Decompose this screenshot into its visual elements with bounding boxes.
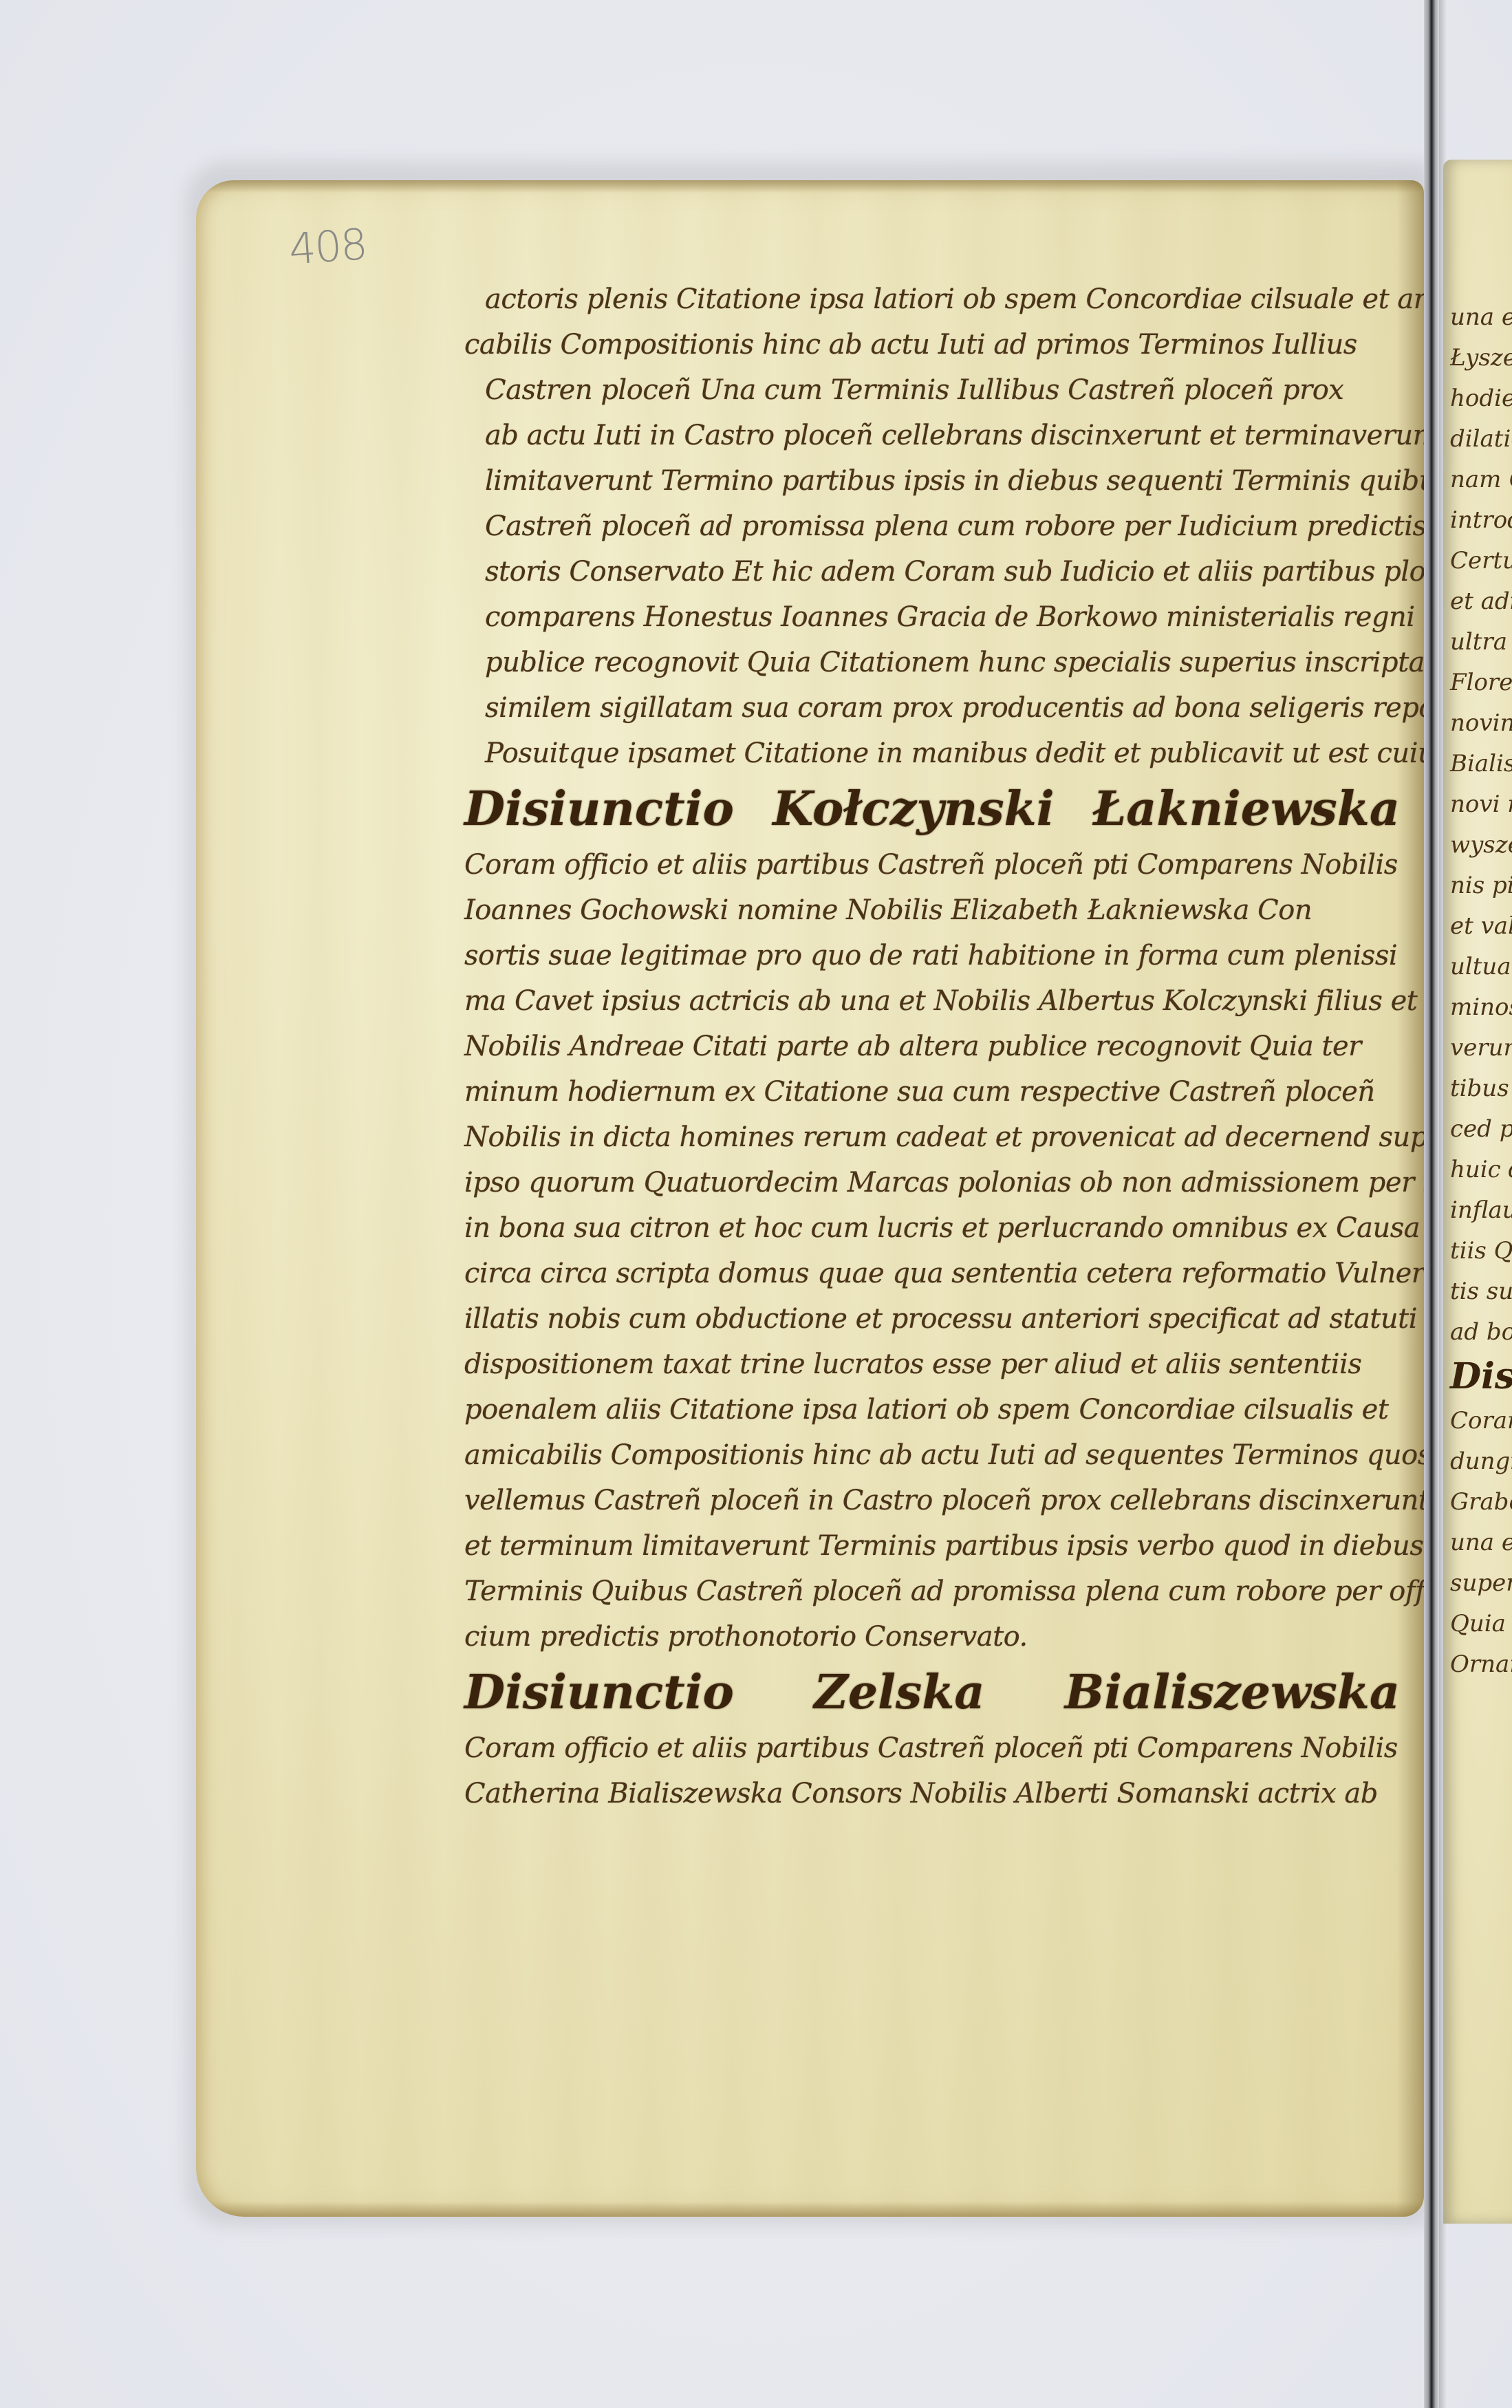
text-line: Ornam qu: [1450, 1644, 1512, 1685]
text-line: ced plen: [1450, 1109, 1512, 1150]
text-line: inflaub D: [1450, 1190, 1512, 1231]
text-line: novi na: [1450, 784, 1512, 825]
text-line: cabilis Compositionis hinc ab actu Iuti …: [464, 322, 1400, 367]
text-line: Bialiszew: [1450, 744, 1512, 784]
text-line: nam Que: [1450, 460, 1512, 500]
text-line: Florent pol: [1450, 663, 1512, 703]
text-line: introd et: [1450, 500, 1512, 541]
section-heading-1: Disiunctio Kołczynski Łakniewska: [464, 776, 1400, 842]
text-line: et terminum limitaverunt Terminis partib…: [464, 1523, 1400, 1569]
text-line: una et N: [1450, 297, 1512, 338]
text-line: cium predictis prothonotorio Conservato.: [464, 1614, 1400, 1659]
heading-word: Disiunctio: [464, 1659, 734, 1726]
text-line: storis Conservato Et hic adem Coram sub …: [485, 549, 1400, 594]
text-line: tibus ipsis: [1450, 1068, 1512, 1109]
text-line: Nobilis in dicta homines rerum cadeat et…: [464, 1115, 1400, 1160]
text-line: Łyszewski: [1450, 338, 1512, 378]
text-line: Terminis Quibus Castreñ ploceñ ad promis…: [464, 1569, 1400, 1614]
text-line: Castren ploceñ Una cum Terminis Iullibus…: [485, 367, 1400, 413]
text-line: circa circa scripta domus quae qua sente…: [464, 1251, 1400, 1296]
text-line: verunt d: [1450, 1028, 1512, 1068]
manuscript-text-block: actoris plenis Citatione ipsa latiori ob…: [485, 277, 1400, 1816]
text-line: dilatio dee: [1450, 419, 1512, 460]
text-line: Ioannes Gochowski nomine Nobilis Elizabe…: [464, 888, 1400, 933]
text-line: huic dla: [1450, 1150, 1512, 1190]
text-line: limitaverunt Termino partibus ipsis in d…: [485, 458, 1400, 504]
text-line: Grabowski: [1450, 1482, 1512, 1523]
text-line: ultualis d: [1450, 947, 1512, 987]
text-line: dispositionem taxat trine lucratos esse …: [464, 1342, 1400, 1387]
text-line: novindow: [1450, 703, 1512, 744]
text-line: Nobilis Andreae Citati parte ab altera p…: [464, 1024, 1400, 1069]
text-line: et vales C: [1450, 906, 1512, 947]
text-line: Catherina Bialiszewska Consors Nobilis A…: [464, 1771, 1400, 1816]
text-line: dungit S: [1450, 1441, 1512, 1482]
text-line: poenalem aliis Citatione ipsa latiori ob…: [464, 1387, 1400, 1432]
text-line: actoris plenis Citatione ipsa latiori ob…: [485, 277, 1400, 322]
right-page-text: una et N Łyszewski hodiernum dilatio dee…: [1450, 297, 1512, 1685]
heading-word: Kołczynski: [773, 776, 1054, 842]
text-line: nis pieniq: [1450, 866, 1512, 906]
text-line: ultra Iacobi: [1450, 622, 1512, 663]
heading-word: Disiunctio: [464, 776, 734, 842]
text-line: comparens Honestus Ioannes Gracia de Bor…: [485, 594, 1400, 640]
manuscript-page-right-fragment: una et N Łyszewski hodiernum dilatio dee…: [1443, 160, 1512, 2224]
text-line: minum hodiernum ex Citatione sua cum res…: [464, 1069, 1400, 1115]
text-line: similem sigillatam sua coram prox produc…: [485, 685, 1400, 731]
manuscript-page-left: 408 actoris plenis Citatione ipsa latior…: [196, 180, 1424, 2217]
text-line: tiis Que: [1450, 1231, 1512, 1271]
heading-word: Łakniewska: [1093, 776, 1400, 842]
text-line: Quia term: [1450, 1604, 1512, 1644]
text-line: Castreñ ploceñ ad promissa plena cum rob…: [485, 504, 1400, 549]
text-line: Posuitque ipsamet Citatione in manibus d…: [485, 731, 1400, 776]
text-line: ab actu Iuti in Castro ploceñ cellebrans…: [485, 413, 1400, 458]
text-line: Coram officio et aliis partibus Castreñ …: [464, 842, 1400, 888]
book-gutter: [1424, 0, 1439, 2408]
right-page-heading: Disiu: [1450, 1353, 1512, 1401]
text-line: illatis nobis cum obductione et processu…: [464, 1296, 1400, 1342]
text-line: Certum: [1450, 541, 1512, 581]
text-line: vellemus Castreñ ploceñ in Castro ploceñ…: [464, 1478, 1400, 1523]
text-line: ipso quorum Quatuordecim Marcas polonias…: [464, 1160, 1400, 1205]
text-line: tis super: [1450, 1271, 1512, 1312]
text-line: minos qu: [1450, 987, 1512, 1028]
text-line: publice recognovit Quia Citationem hunc …: [485, 640, 1400, 685]
text-line: Coram of: [1450, 1401, 1512, 1441]
text-line: ad bona: [1450, 1312, 1512, 1353]
folio-number: 408: [288, 219, 368, 275]
section-heading-2: Disiunctio Zelska Bialiszewska: [464, 1659, 1400, 1726]
text-line: et adiecti: [1450, 581, 1512, 622]
heading-word: Bialiszewska: [1065, 1659, 1400, 1726]
text-line: superbite: [1450, 1563, 1512, 1604]
text-line: in bona sua citron et hoc cum lucris et …: [464, 1205, 1400, 1251]
text-line: amicabilis Compositionis hinc ab actu Iu…: [464, 1432, 1400, 1478]
text-line: wyszegs: [1450, 825, 1512, 866]
text-line: hodiernum: [1450, 378, 1512, 419]
text-line: una et: [1450, 1523, 1512, 1563]
heading-word: Zelska: [814, 1659, 984, 1726]
text-line: sortis suae legitimae pro quo de rati ha…: [464, 933, 1400, 978]
text-line: Coram officio et aliis partibus Castreñ …: [464, 1726, 1400, 1771]
text-line: ma Cavet ipsius actricis ab una et Nobil…: [464, 978, 1400, 1024]
